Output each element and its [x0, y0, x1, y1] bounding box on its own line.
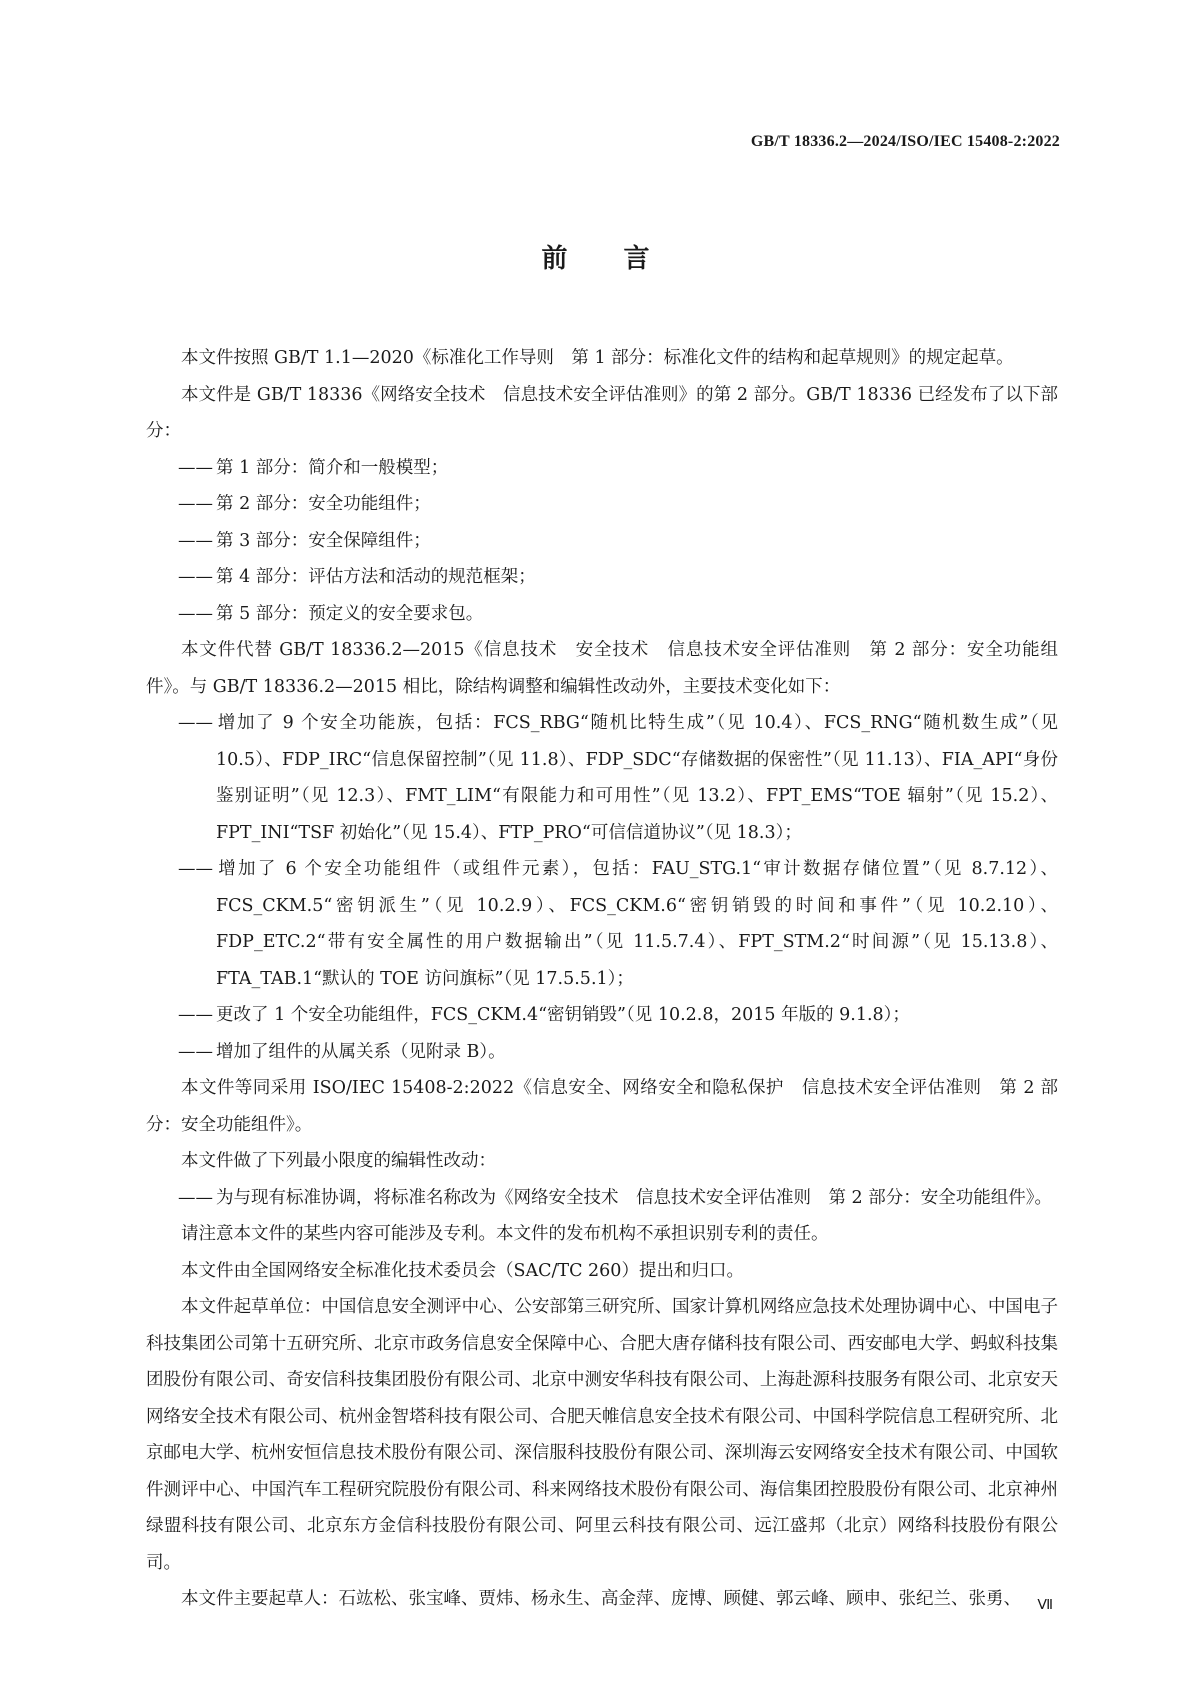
dash-marker: ——	[178, 705, 216, 742]
dash-marker: ——	[178, 559, 216, 596]
list-item: ——第 2 部分：安全功能组件；	[146, 486, 1058, 523]
changes-list: ——增加了 9 个安全功能族，包括：FCS_RBG“随机比特生成”（见 10.4…	[146, 705, 1058, 1070]
dash-marker: ——	[178, 851, 216, 888]
list-item: ——第 1 部分：简介和一般模型；	[146, 450, 1058, 487]
list-item: ——增加了 6 个安全功能组件（或组件元素），包括：FAU_STG.1“审计数据…	[146, 851, 1058, 997]
list-item: ——增加了 9 个安全功能族，包括：FCS_RBG“随机比特生成”（见 10.4…	[146, 705, 1058, 851]
paragraph-replaces: 本文件代替 GB/T 18336.2—2015《信息技术 安全技术 信息技术安全…	[146, 632, 1058, 705]
list-item: ——第 5 部分：预定义的安全要求包。	[146, 596, 1058, 633]
page-title: 前言	[0, 238, 1191, 275]
list-item: ——增加了组件的从属关系（见附录 B）。	[146, 1034, 1058, 1071]
dash-marker: ——	[178, 523, 216, 560]
edits-list: ——为与现有标准协调，将标准名称改为《网络安全技术 信息技术安全评估准则 第 2…	[146, 1180, 1058, 1217]
page-number: Ⅶ	[1037, 1597, 1053, 1614]
dash-marker: ——	[178, 596, 216, 633]
paragraph-drafting-organizations: 本文件起草单位：中国信息安全测评中心、公安部第三研究所、国家计算机网络应急技术处…	[146, 1289, 1058, 1581]
dash-marker: ——	[178, 1034, 216, 1071]
list-item: ——更改了 1 个安全功能组件，FCS_CKM.4“密钥销毁”（见 10.2.8…	[146, 997, 1058, 1034]
document-body: 本文件按照 GB/T 1.1—2020《标准化工作导则 第 1 部分：标准化文件…	[146, 340, 1058, 1618]
paragraph-drafters: 本文件主要起草人：石竑松、张宝峰、贾炜、杨永生、高金萍、庞博、顾健、郭云峰、顾申…	[146, 1581, 1058, 1618]
dash-marker: ——	[178, 1180, 216, 1217]
paragraph-series-intro: 本文件是 GB/T 18336《网络安全技术 信息技术安全评估准则》的第 2 部…	[146, 377, 1058, 450]
dash-marker: ——	[178, 997, 216, 1034]
dash-marker: ——	[178, 486, 216, 523]
paragraph-drafting-rules: 本文件按照 GB/T 1.1—2020《标准化工作导则 第 1 部分：标准化文件…	[146, 340, 1058, 377]
dash-marker: ——	[178, 450, 216, 487]
list-item: ——第 3 部分：安全保障组件；	[146, 523, 1058, 560]
list-item: ——第 4 部分：评估方法和活动的规范框架；	[146, 559, 1058, 596]
paragraph-editorial-changes: 本文件做了下列最小限度的编辑性改动：	[146, 1143, 1058, 1180]
paragraph-committee: 本文件由全国网络安全标准化技术委员会（SAC/TC 260）提出和归口。	[146, 1253, 1058, 1290]
paragraph-patent-notice: 请注意本文件的某些内容可能涉及专利。本文件的发布机构不承担识别专利的责任。	[146, 1216, 1058, 1253]
parts-list: ——第 1 部分：简介和一般模型； ——第 2 部分：安全功能组件； ——第 3…	[146, 450, 1058, 633]
document-header-code: GB/T 18336.2—2024/ISO/IEC 15408-2:2022	[751, 133, 1060, 151]
paragraph-equivalence: 本文件等同采用 ISO/IEC 15408-2:2022《信息安全、网络安全和隐…	[146, 1070, 1058, 1143]
list-item: ——为与现有标准协调，将标准名称改为《网络安全技术 信息技术安全评估准则 第 2…	[146, 1180, 1058, 1217]
